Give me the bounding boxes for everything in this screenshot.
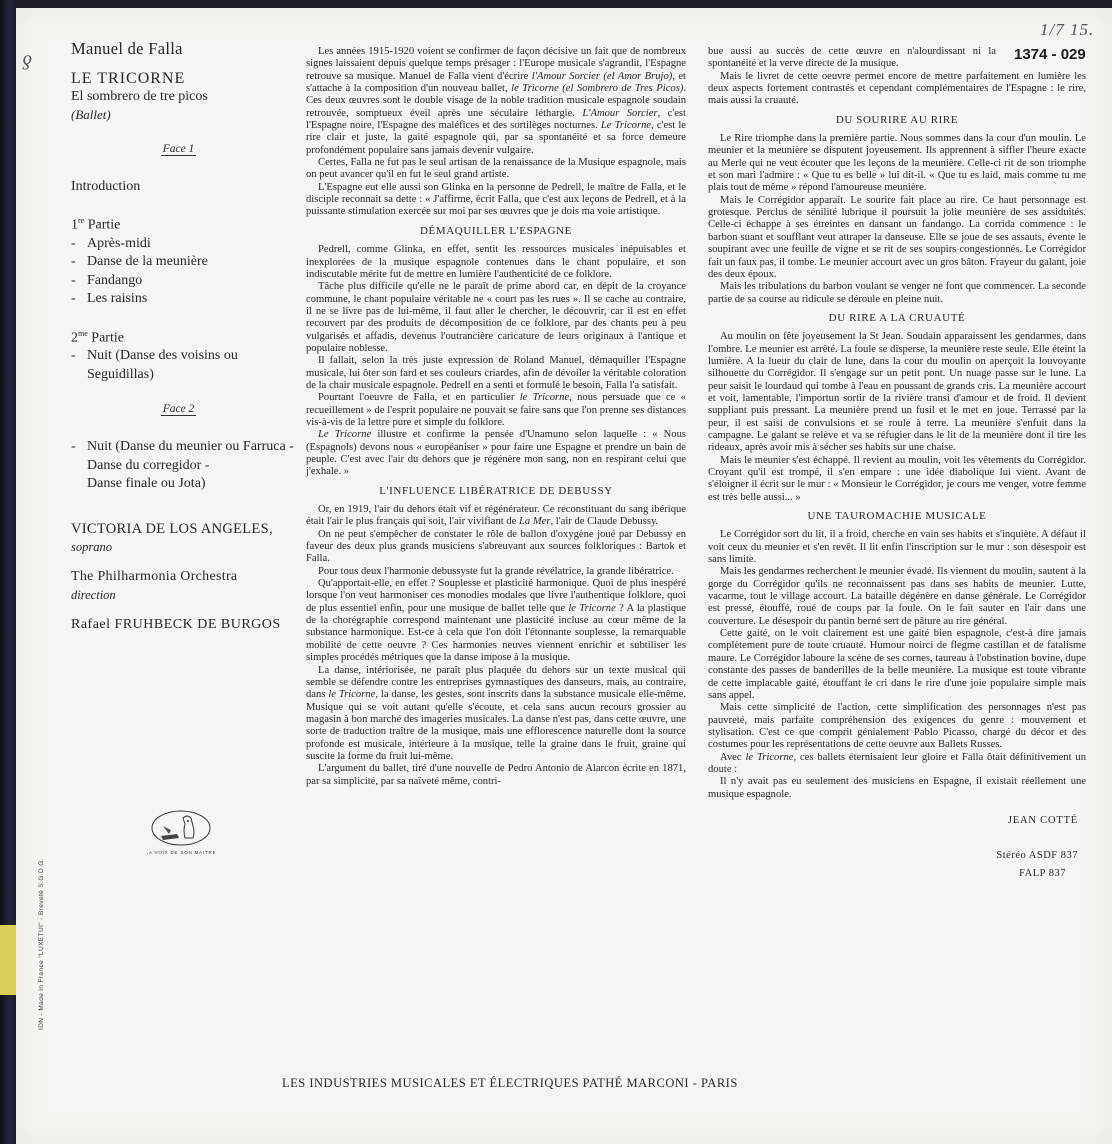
part-1-heading: 1re Partie [71,212,301,235]
track-item: Danse du corregidor - [71,457,301,476]
section-heading: DU RIRE A LA CRUAUTÉ [708,312,1086,324]
section-heading: L'INFLUENCE LIBÉRATRICE DE DEBUSSY [306,485,686,497]
composer: Manuel de Falla [71,40,301,58]
work-title: LE TRICORNE [71,70,301,88]
paragraph: Or, en 1919, l'air du dehors était vif e… [306,504,686,529]
paragraph: Mais les gendarmes recherchent le meunie… [708,566,1086,628]
track-item: -Fandango [71,272,301,291]
paragraph: Mais les tribulations du barbon voulant … [708,281,1086,306]
paragraph: Qu'apportait-elle, en effet ? Souplesse … [306,578,686,664]
paragraph: Il n'y avait pas eu seulement des musici… [708,776,1086,801]
work-subtitle: El sombrero de tre picos [71,88,301,106]
paragraph: Au moulin on fête joyeusement la St Jean… [708,331,1086,454]
track-item: -Nuit (Danse des voisins ou Seguidillas) [71,347,301,384]
paragraph: bue aussi au succès de cette œuvre en n'… [708,46,1086,71]
part-1-tracklist: -Après-midi -Danse de la meunière -Fanda… [71,235,301,309]
paragraph: Pourtant l'oeuvre de Falla, et en partic… [306,392,686,429]
paragraph: L'argument du ballet, tiré d'une nouvell… [306,763,686,788]
section-heading: DU SOURIRE AU RIRE [708,114,1086,126]
face-1-heading: Face 1 [71,140,286,158]
catalog-stereo: Stéréo ASDF 837 [708,847,1078,865]
paragraph: Le Corrégidor sort du lit, il a froid, c… [708,529,1086,566]
paragraph: Le Tricorne illustre et confirme la pens… [306,429,686,478]
paragraph: Mais le meunier s'est échappé. Il revien… [708,455,1086,504]
paragraph: Cette gaité, on le voit clairement est u… [708,628,1086,702]
svg-text:LA VOIX DE SON MAITRE: LA VOIX DE SON MAITRE [147,850,215,855]
part-2-heading: 2me Partie [71,325,301,348]
credits-column: Manuel de Falla LE TRICORNE El sombrero … [71,40,301,634]
paragraph: Certes, Falla ne fut pas le seul artisan… [306,157,686,182]
manufacturer-imprint: IDN - Made in France "LUXETUI" - Breveté… [38,858,45,1030]
track-item: Danse finale ou Jota) [71,475,301,494]
paragraph: Mais cette simplicité de l'action, cette… [708,702,1086,751]
author-signature: JEAN COTTÉ [708,815,1086,827]
track-item: -Nuit (Danse du meunier ou Farruca - [71,438,301,457]
paragraph: On ne peut s'empêcher de constater le rô… [306,529,686,566]
paragraph: Pedrell, comme Glinka, en effet, sentit … [306,244,686,281]
soloist-role: soprano [71,538,301,556]
paragraph: Mais le livret de cette oeuvre permet en… [708,71,1086,108]
his-masters-voice-logo-icon: LA VOIX DE SON MAITRE [147,808,215,860]
catalog-numbers: Stéréo ASDF 837 FALP 837 [708,847,1086,883]
orchestra-role: direction [71,586,301,604]
catalog-mono: FALP 837 [708,865,1078,883]
paragraph: L'Espagne eut elle aussi son Glinka en l… [306,182,686,219]
orchestra-name: The Philharmonia Orchestra [71,568,301,586]
section-heading: DÉMAQUILLER L'ESPAGNE [306,225,686,237]
liner-notes-middle-column: Les années 1915-1920 voient se confirmer… [306,46,686,788]
handwritten-mark: ƍ [22,48,31,71]
soloist-name: VICTORIA DE LOS ANGELES, [71,520,301,538]
section-heading: UNE TAUROMACHIE MUSICALE [708,510,1086,522]
paragraph: La danse, intériorisée, ne paraît plus p… [306,665,686,764]
face-2-heading: Face 2 [71,400,286,418]
paragraph: Pour tous deux l'harmonie debussyste fut… [306,566,686,578]
paragraph: Tâche plus difficile qu'elle ne le paraî… [306,281,686,355]
conductor-name: Rafael FRUHBECK DE BURGOS [71,616,301,634]
part-2-tracklist: -Nuit (Danse des voisins ou Seguidillas) [71,347,301,384]
paragraph: Il fallait, selon la très juste expressi… [306,355,686,392]
liner-notes-right-column: bue aussi au succès de cette œuvre en n'… [708,46,1086,883]
track-item: -Après-midi [71,235,301,254]
paragraph: Mais le Corrégidor apparaît. Le sourire … [708,195,1086,281]
publisher-footer: LES INDUSTRIES MUSICALES ET ÉLECTRIQUES … [282,1076,842,1091]
face-2-tracklist: -Nuit (Danse du meunier ou Farruca - Dan… [71,438,301,494]
track-introduction: Introduction [71,178,301,196]
paragraph: Les années 1915-1920 voient se confirmer… [306,46,686,157]
work-genre: (Ballet) [71,106,301,124]
track-item: -Danse de la meunière [71,253,301,272]
spine-sticker [0,925,16,995]
track-item: -Les raisins [71,290,301,309]
paragraph: Avec le Tricorne, ces ballets éternisaie… [708,752,1086,777]
handwritten-note: 1/7 15. [1040,20,1094,40]
paragraph: Le Rire triomphe dans la première partie… [708,133,1086,195]
